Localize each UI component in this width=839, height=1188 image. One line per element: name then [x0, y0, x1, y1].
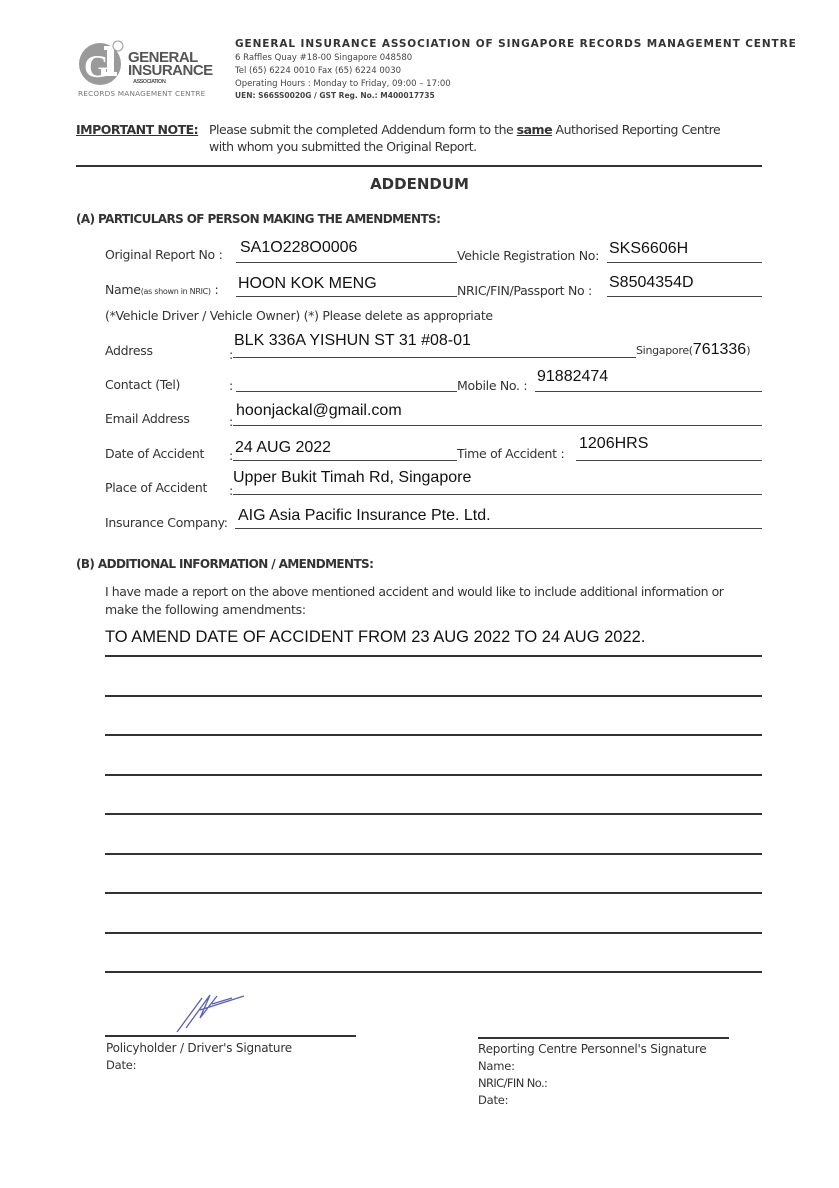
important-note-line2: with whom you submitted the Original Rep… — [209, 139, 477, 154]
original-report-no-field[interactable]: SA1O228O0006 — [240, 239, 357, 257]
amendment-line — [105, 695, 762, 697]
place-of-accident-label: Place of Accident — [105, 480, 207, 495]
contact-tel-colon: : — [229, 378, 233, 393]
name-line — [236, 296, 457, 297]
address-field[interactable]: BLK 336A YISHUN ST 31 #08-01 — [234, 332, 471, 350]
org-address: 6 Raffles Quay #18-00 Singapore 048580 — [235, 53, 412, 63]
amendment-line — [105, 655, 762, 657]
logo-word-association: ASSOCIATION — [133, 79, 165, 85]
place-of-accident-line — [233, 494, 762, 495]
amendment-line — [105, 774, 762, 776]
divider — [76, 165, 762, 167]
address-label: Address — [105, 343, 153, 358]
personnel-name-label: Name: — [478, 1059, 515, 1073]
time-of-accident-line — [576, 460, 762, 461]
email-field[interactable]: hoonjackal@gmail.com — [236, 402, 402, 420]
personnel-signature-label: Reporting Centre Personnel's Signature — [478, 1042, 706, 1056]
gia-logo-icon: G — [78, 40, 128, 86]
name-label-text: Name — [105, 282, 141, 297]
contact-tel-line — [236, 391, 457, 392]
section-b-heading: (B) ADDITIONAL INFORMATION / AMENDMENTS: — [76, 557, 373, 571]
insurance-company-label: Insurance Company: — [105, 515, 228, 530]
name-field[interactable]: HOON KOK MENG — [238, 275, 377, 293]
nric-field[interactable]: S8504354D — [609, 274, 694, 292]
policyholder-date-label: Date: — [106, 1058, 136, 1072]
org-title: GENERAL INSURANCE ASSOCIATION OF SINGAPO… — [235, 38, 797, 50]
name-label-sub: (as shown in NRIC) — [141, 287, 211, 296]
personnel-signature-line[interactable] — [478, 1037, 729, 1039]
signature-scribble-icon — [172, 990, 252, 1035]
org-phone-fax: Tel (65) 6224 0010 Fax (65) 6224 0030 — [235, 66, 401, 76]
insurance-company-field[interactable]: AIG Asia Pacific Insurance Pte. Ltd. — [238, 507, 491, 525]
date-of-accident-line — [233, 460, 457, 461]
note-emphasis: same — [517, 122, 552, 137]
section-a-heading: (A) PARTICULARS OF PERSON MAKING THE AME… — [76, 212, 440, 226]
section-b-intro-line2: make the following amendments: — [105, 602, 306, 617]
amendment-line — [105, 734, 762, 736]
address-close-paren: ) — [746, 344, 750, 357]
time-of-accident-label: Time of Accident : — [457, 446, 564, 461]
name-label: Name(as shown in NRIC) : — [105, 282, 218, 297]
note-text-end: Authorised Reporting Centre — [552, 122, 720, 137]
org-uen: UEN: S66SS0020G / GST Reg. No.: M4000177… — [235, 91, 435, 100]
mobile-no-label: Mobile No. : — [457, 378, 527, 393]
email-colon: : — [229, 414, 233, 429]
role-note: (*Vehicle Driver / Vehicle Owner) (*) Pl… — [105, 308, 493, 323]
address-line — [233, 357, 636, 358]
address-colon: : — [229, 347, 233, 362]
amendment-line — [105, 932, 762, 934]
date-of-accident-field[interactable]: 24 AUG 2022 — [235, 439, 331, 457]
vehicle-registration-line — [607, 262, 762, 263]
address-postal: Singapore(761336) — [636, 341, 750, 359]
mobile-no-line — [535, 391, 762, 392]
policyholder-signature-label: Policyholder / Driver's Signature — [106, 1041, 292, 1055]
vehicle-registration-field[interactable]: SKS6606H — [609, 240, 688, 258]
note-text: Please submit the completed Addendum for… — [209, 122, 517, 137]
time-of-accident-field[interactable]: 1206HRS — [579, 435, 648, 453]
important-note-label: IMPORTANT NOTE: — [76, 122, 198, 137]
nric-line — [607, 296, 762, 297]
contact-tel-label: Contact (Tel) — [105, 377, 180, 392]
place-of-accident-field[interactable]: Upper Bukit Timah Rd, Singapore — [233, 469, 471, 487]
svg-text:G: G — [84, 48, 109, 84]
mobile-no-field[interactable]: 91882474 — [537, 368, 608, 386]
personnel-date-label: Date: — [478, 1093, 508, 1107]
original-report-no-line — [236, 262, 457, 263]
date-of-accident-label: Date of Accident — [105, 446, 204, 461]
policyholder-signature-line[interactable] — [105, 1035, 356, 1037]
important-note-line1: Please submit the completed Addendum for… — [209, 122, 720, 137]
section-b-intro-line1: I have made a report on the above mentio… — [105, 584, 724, 599]
amendment-line-text[interactable]: TO AMEND DATE OF ACCIDENT FROM 23 AUG 20… — [105, 628, 645, 647]
org-hours: Operating Hours : Monday to Friday, 09:0… — [235, 79, 451, 89]
page-title: ADDENDUM — [0, 175, 839, 193]
amendment-line — [105, 971, 762, 973]
postal-code-field[interactable]: 761336 — [693, 341, 746, 358]
logo-tagline: RECORDS MANAGEMENT CENTRE — [78, 89, 205, 98]
personnel-nric-label: NRIC/FIN No.: — [478, 1076, 547, 1090]
nric-label: NRIC/FIN/Passport No : — [457, 283, 592, 298]
name-label-colon: : — [211, 282, 219, 297]
email-line — [233, 425, 762, 426]
insurance-company-line — [235, 528, 762, 529]
amendment-line — [105, 853, 762, 855]
address-country-label: Singapore( — [636, 344, 693, 357]
original-report-no-label: Original Report No : — [105, 247, 222, 262]
amendment-line — [105, 892, 762, 894]
logo-word-insurance: INSURANCE — [128, 62, 213, 79]
vehicle-registration-label: Vehicle Registration No: — [457, 248, 599, 263]
amendment-line — [105, 813, 762, 815]
email-label: Email Address — [105, 411, 190, 426]
